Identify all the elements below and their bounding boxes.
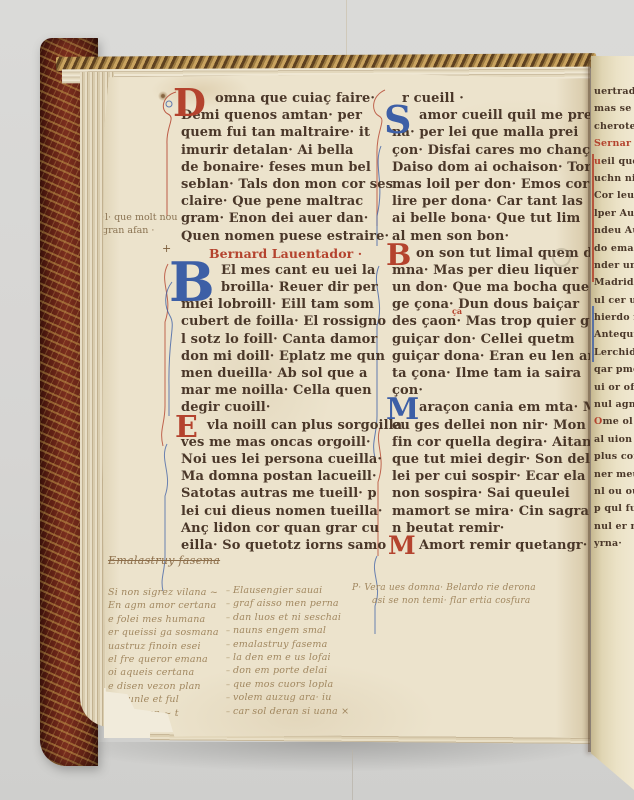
text-line: P· Vera ues domna· Belardo rie derona xyxy=(352,582,582,595)
facing-text-line: Madrid p· xyxy=(594,274,634,291)
text-section: Bon son tut limal quem domna· Mas per di… xyxy=(392,245,592,400)
manuscript-page: Domna que cuiaç faire·Demi quenos amtan·… xyxy=(100,74,590,738)
facing-text-fragments: uertrade uamas se con lcherote oqSernar … xyxy=(594,83,634,553)
text-line: omna que cuiaç faire· xyxy=(181,90,395,107)
facing-text-line: Cor leur Am xyxy=(594,187,634,204)
text-line: volem auzug ara· iu xyxy=(226,691,356,704)
facing-text-line: ner meur fri o xyxy=(594,466,634,483)
text-line: des çaon· Mas trop quier gũ xyxy=(392,313,592,330)
facing-text-line: Lerchid noie xyxy=(594,344,634,361)
text-line: Noi ues lei persona cueilla· xyxy=(181,451,395,468)
text-line: Elausengier sauai xyxy=(226,584,356,597)
text-line: graf aisso men perna xyxy=(226,597,356,610)
text-line: asi se non temi· flar ertia cosfura xyxy=(352,595,582,608)
text-line: imurir detalan· Ai bella xyxy=(181,142,395,159)
facing-text-line: qar pme ilu re xyxy=(594,361,634,378)
right-text-column: r cueill · Samor cueill quil me preiçona… xyxy=(392,90,592,554)
facing-text-line: yrna· xyxy=(594,535,634,552)
facing-text-line: hierdo ra ba xyxy=(594,309,634,326)
illuminated-initial: B xyxy=(386,242,411,269)
illuminated-initial: M xyxy=(388,535,416,558)
text-line: de bonaire· feses mun bel xyxy=(181,159,395,176)
text-line: Anç lidon cor quan grar cu xyxy=(181,520,395,537)
text-line: que mos cuors lopla xyxy=(226,678,356,691)
facing-text-line: do ema pff po xyxy=(594,240,634,257)
text-line: amor cueill quil me preiço xyxy=(392,107,592,124)
text-line: Quen nomen puese estraire· xyxy=(181,228,395,245)
text-line: cubert de foilla· El rossigno xyxy=(181,313,395,330)
text-line: e folei mes humana xyxy=(108,613,238,626)
text-line: Amort remir quetangr· xyxy=(392,537,592,554)
hanging-thread-top xyxy=(346,0,347,58)
text-line: fin cor quella degira· Aitan xyxy=(392,434,592,451)
text-section: Samor cueill quil me preiçona· per lei q… xyxy=(392,107,592,245)
text-line: vla noill can plus sorgoilla xyxy=(181,417,395,434)
facing-text-line: Antequr man xyxy=(594,326,634,343)
text-line: l sotz lo foill· Canta damor xyxy=(181,331,395,348)
facing-text-line: plus compgn xyxy=(594,448,634,465)
text-line: mamort se mira· Cin sagra xyxy=(392,503,592,520)
facing-text-line: cherote oq xyxy=(594,118,634,135)
facing-text-line: ul cer ur and xyxy=(594,292,634,309)
flourish-stroke xyxy=(162,264,168,446)
facing-text-line: p qul ful qu xyxy=(594,500,634,517)
gutter-crease xyxy=(588,60,591,752)
text-line: gran afan · xyxy=(102,225,182,238)
facing-initial: u xyxy=(594,156,601,167)
ink-ring-stain xyxy=(552,248,571,267)
text-line: lei cui dieus nomen tueilla· xyxy=(181,503,395,520)
text-line: nauns engem smal xyxy=(226,624,356,637)
facing-text-line: nul agmp xyxy=(594,396,634,413)
illuminated-initial: E xyxy=(175,414,198,441)
text-line: r cueill · xyxy=(392,90,592,107)
facing-text-line: Sernar Lau xyxy=(594,135,634,152)
text-line: ai belle bona· Que tut lim xyxy=(392,210,592,227)
facing-text-line: uchn niço xyxy=(594,170,634,187)
facing-text-line: mas se con l xyxy=(594,100,634,117)
facing-initial: O xyxy=(594,416,602,427)
text-section: Domna que cuiaç faire·Demi quenos amtan·… xyxy=(181,90,395,245)
text-line: Satotas autras me tueill· p xyxy=(181,485,395,502)
hanging-thread-bottom xyxy=(352,750,353,800)
text-line: un don· Que ma bocha que xyxy=(392,279,592,296)
text-line: uastruz finoin esei xyxy=(108,640,238,653)
text-line: claire· Que pene maltrac xyxy=(181,193,395,210)
text-line: Si non sigrez vilana ~ xyxy=(108,586,238,599)
facing-text-line: ueil que p xyxy=(594,153,634,170)
annotation-heading: Emalastruy fasema xyxy=(108,554,220,567)
text-line: guiçar don· Cellei quetm xyxy=(392,331,592,348)
facing-text-line: uertrade ua xyxy=(594,83,634,100)
text-line: na· per lei que malla prei xyxy=(392,124,592,141)
text-line: degir cuoill· xyxy=(181,399,395,416)
text-line: Demi quenos amtan· per xyxy=(181,107,395,124)
illuminated-initial: B xyxy=(169,258,215,307)
facing-text-line: ndeu Aun nol xyxy=(594,222,634,239)
photo-backdrop: Domna que cuiaç faire·Demi quenos amtan·… xyxy=(0,0,634,800)
text-line: don em porte delai xyxy=(226,664,356,677)
book-shadow xyxy=(48,742,608,772)
left-text-column: Domna que cuiaç faire·Demi quenos amtan·… xyxy=(181,90,395,554)
text-line: n beutat remir· xyxy=(392,520,592,537)
text-line: que tut miei degir· Son del xyxy=(392,451,592,468)
text-line: quem fui tan maltraire· it xyxy=(181,124,395,141)
annotation-column-right: Elausengier sauaigraf aisso men pernadan… xyxy=(226,584,356,718)
text-line: ge çona· Dun dous baiçar xyxy=(392,296,592,313)
text-line: car sol deran si uana × xyxy=(226,705,356,718)
text-line: araçon cania em mta· Mas xyxy=(392,399,592,416)
facing-text-line: nl ou ourer u xyxy=(594,483,634,500)
text-line: Daiso dom ai ochaison· Torna xyxy=(392,159,592,176)
text-line: la den em e us lofai xyxy=(226,651,356,664)
text-line: eu ges dellei non nir· Mon xyxy=(392,417,592,434)
marginal-cross-mark: + xyxy=(162,242,171,255)
text-line: gram· Enon dei auer dan· xyxy=(181,210,395,227)
text-line: mas loil per don· Emos cors xyxy=(392,176,592,193)
text-line: el fre queror emana xyxy=(108,653,238,666)
facing-page-sliver: uertrade uamas se con lcherote oqSernar … xyxy=(591,56,634,790)
facing-text-line: Ome ol moin xyxy=(594,413,634,430)
illuminated-initial: S xyxy=(384,103,411,137)
flourish-dot xyxy=(166,101,172,107)
illuminated-initial: D xyxy=(173,86,206,120)
facing-text-line: ui or oflag L xyxy=(594,379,634,396)
text-line: mar me noilla· Cella quen xyxy=(181,382,395,399)
text-line: seblan· Tals don mon cor ses xyxy=(181,176,395,193)
text-line: non sospira· Sai queulei xyxy=(392,485,592,502)
text-line: al men son bon· xyxy=(392,228,592,245)
interlinear-correction: ça xyxy=(452,306,462,316)
facing-text-line: nul er mand xyxy=(594,518,634,535)
text-line: ves me mas oncas orgoill· xyxy=(181,434,395,451)
annotation-note: P· Vera ues domna· Belardo rie deronaasi… xyxy=(352,582,582,609)
text-line: çon· Disfai cares mo chançona· xyxy=(392,142,592,159)
text-line: ta çona· Ilme tam ia saira xyxy=(392,365,592,382)
text-line: çon· xyxy=(392,382,592,399)
text-line: guiçar dona· Eran eu len ar xyxy=(392,348,592,365)
facing-text-line: nder unga po xyxy=(594,257,634,274)
marginal-note: ·l· que molt nougran afan · xyxy=(102,212,182,237)
text-section: BEl mes cant eu uei labroilla· Reuer dir… xyxy=(181,262,395,417)
text-line: eilla· So quetotz iorns samo xyxy=(181,537,395,554)
text-line: lire per dona· Car tant las xyxy=(392,193,592,210)
text-line: er queissi ga sosmana xyxy=(108,626,238,639)
text-section: MAmort remir quetangr· xyxy=(392,537,592,554)
text-line: ·l· que molt nou xyxy=(102,212,182,225)
text-section: Maraçon cania em mta· Maseu ges dellei n… xyxy=(392,399,592,537)
text-line: lei per cui sospir· Ecar ela xyxy=(392,468,592,485)
text-line: dan luos et ni seschai xyxy=(226,611,356,624)
text-line: emalastruy fasema xyxy=(226,638,356,651)
illuminated-initial: M xyxy=(386,396,419,423)
flourish-stroke xyxy=(162,444,168,591)
text-line: oi aqueis certana xyxy=(108,666,238,679)
facing-text-line: al uion islam xyxy=(594,431,634,448)
facing-text-line: lper Aun em xyxy=(594,205,634,222)
text-line: En agm amor certana xyxy=(108,599,238,612)
text-section: Evla noill can plus sorgoillaves me mas … xyxy=(181,417,395,555)
text-line: men dueilla· Ab sol que a xyxy=(181,365,395,382)
text-line: e disen vezon plan xyxy=(108,680,238,693)
text-line: don mi doill· Eplatz me qun xyxy=(181,348,395,365)
text-line: Ma domna postan lacueill· xyxy=(181,468,395,485)
